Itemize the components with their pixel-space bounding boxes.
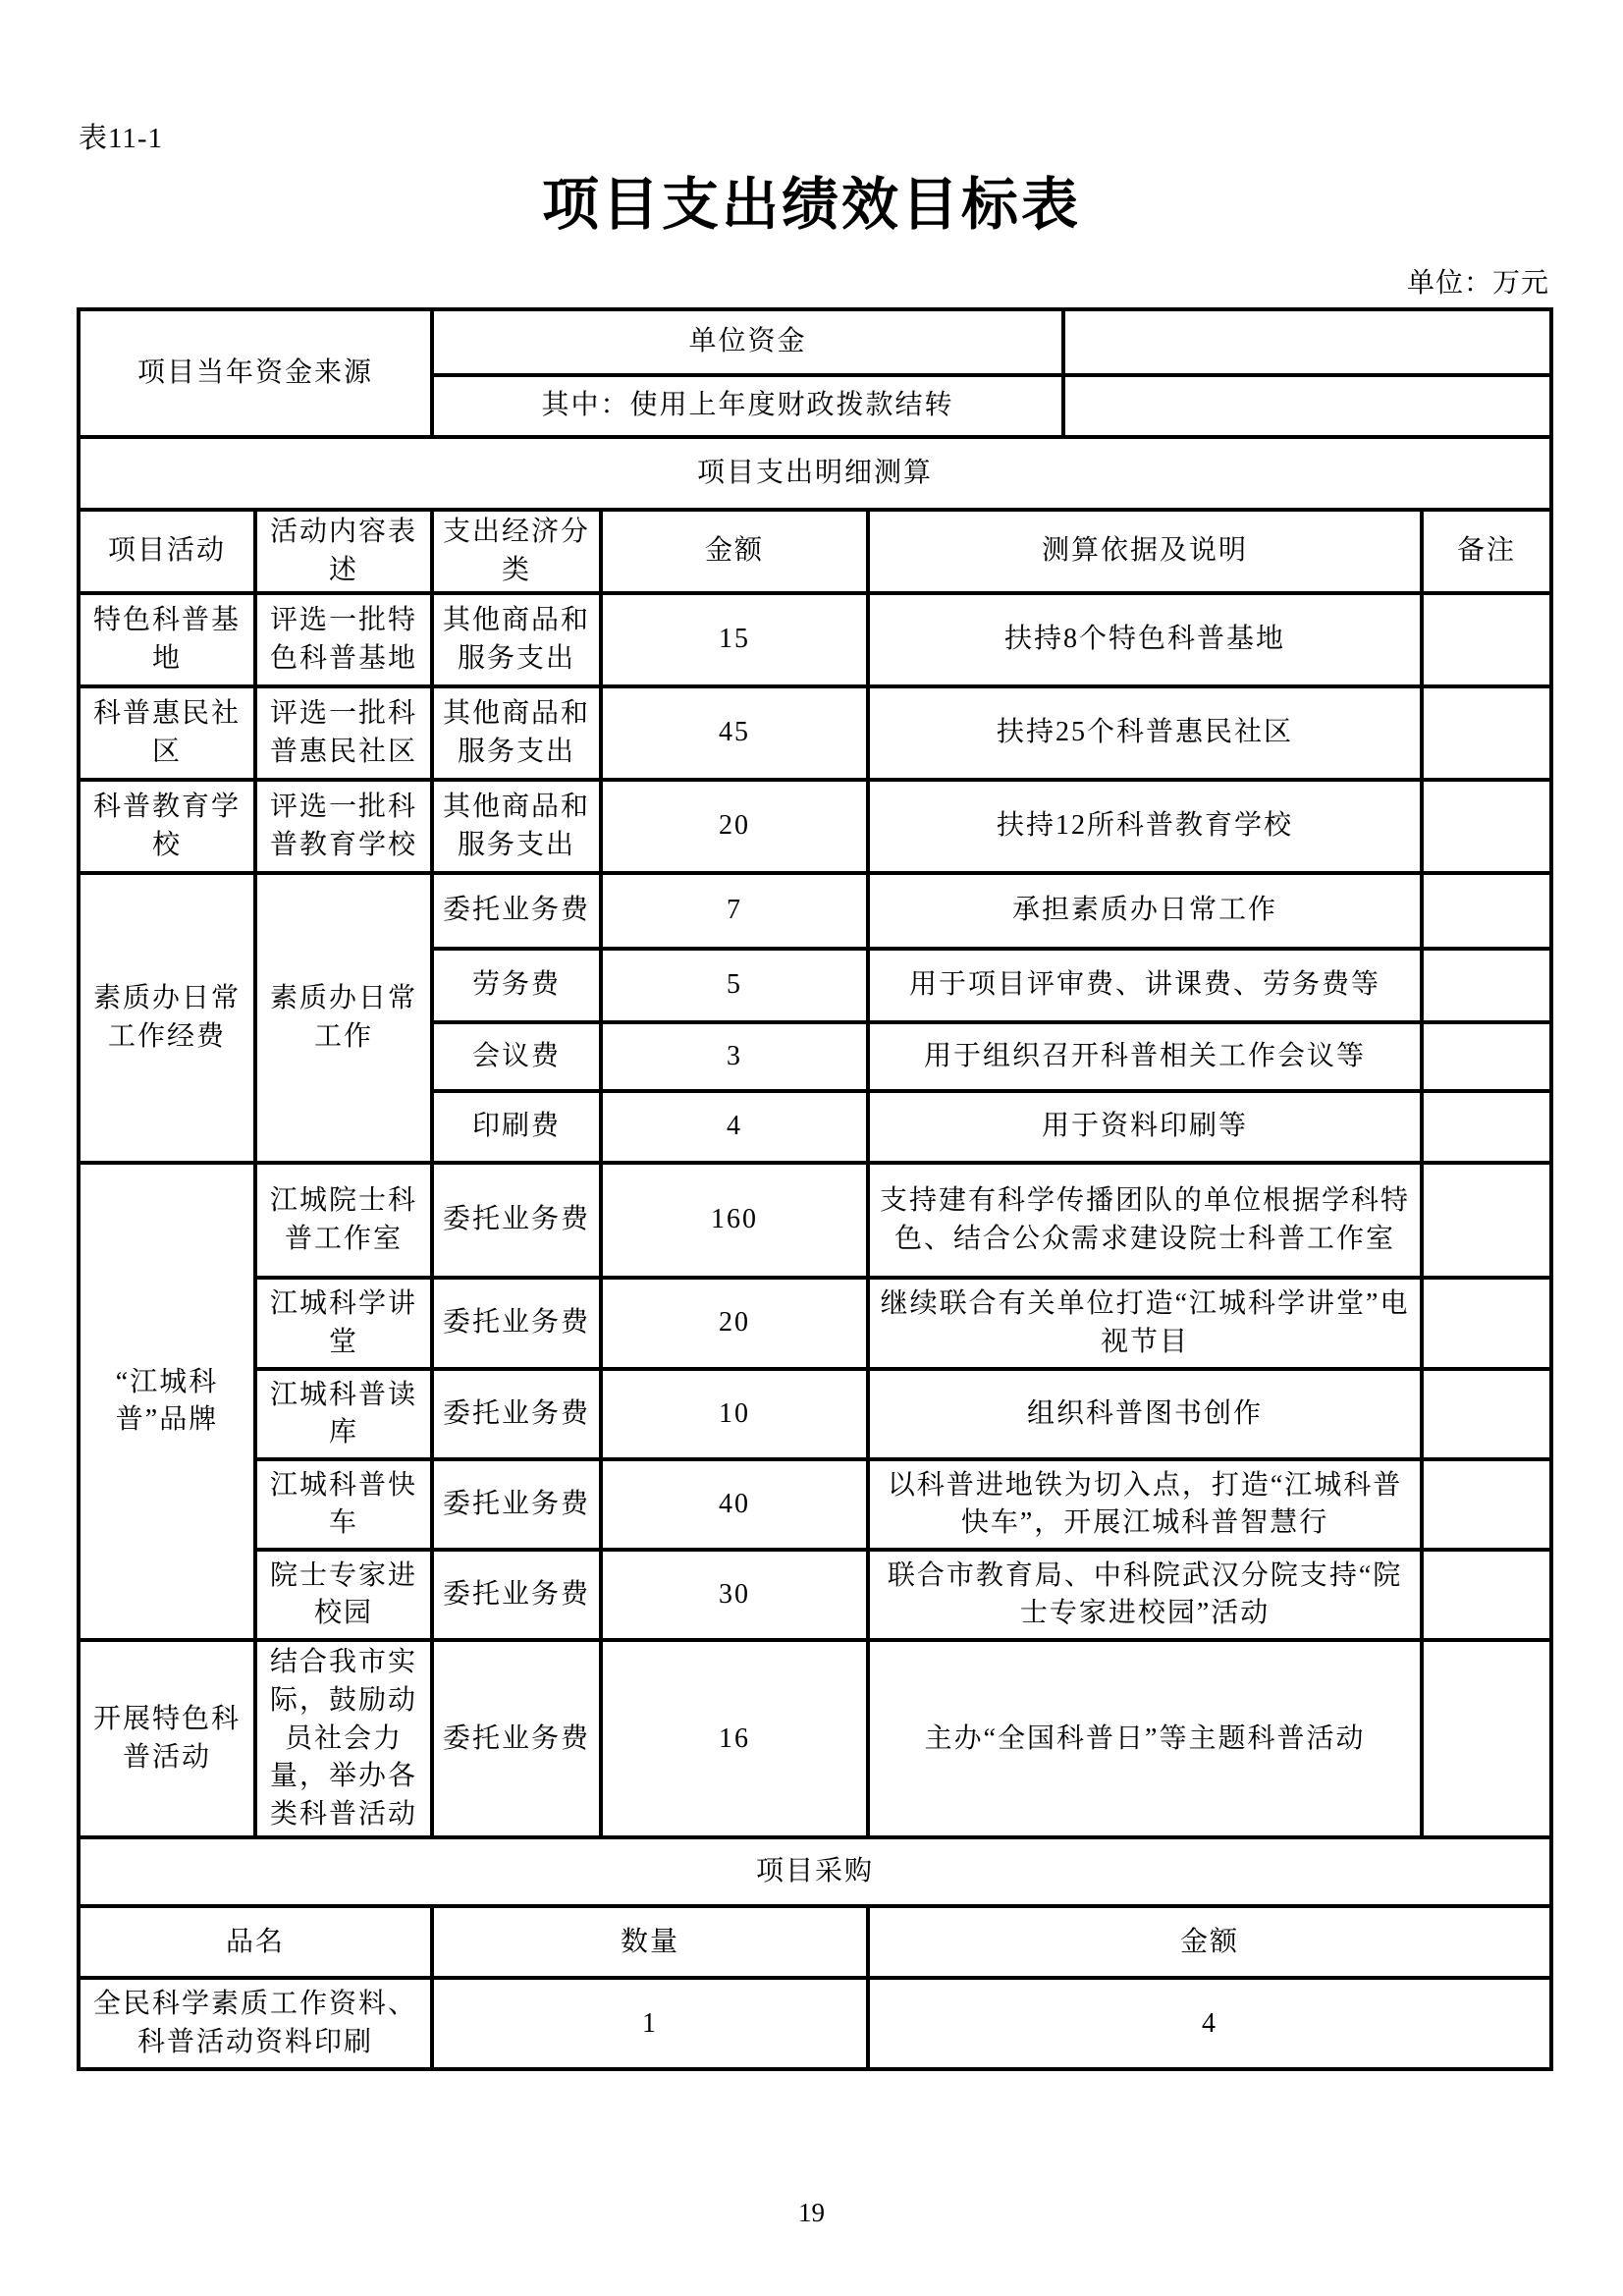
basis-cell: 扶持12所科普教育学校	[868, 780, 1422, 873]
note-cell	[1422, 1278, 1551, 1369]
page-title: 项目支出绩效目标表	[0, 173, 1623, 239]
econ-cell: 其他商品和服务支出	[432, 686, 601, 780]
fund-source-cell: 单位资金	[432, 309, 1063, 375]
purchase-header-item-cell: 品名	[79, 1906, 432, 1978]
table-row: “江城科普”品牌 江城院士科普工作室 委托业务费 160 支持建有科学传播团队的…	[79, 1163, 1551, 1278]
table-row: 开展特色科普活动 结合我市实际，鼓励动员社会力量，举办各类科普活动 委托业务费 …	[79, 1640, 1551, 1837]
econ-cell: 会议费	[432, 1022, 601, 1091]
header-amount-cell: 金额	[601, 510, 868, 593]
basis-cell: 用于项目评审费、讲课费、劳务费等	[868, 949, 1422, 1022]
amount-cell: 20	[601, 780, 868, 873]
desc-cell: 评选一批科普惠民社区	[255, 686, 432, 780]
note-cell	[1422, 1459, 1551, 1550]
basis-cell: 继续联合有关单位打造“江城科学讲堂”电视节目	[868, 1278, 1422, 1369]
header-basis-cell: 测算依据及说明	[868, 510, 1422, 593]
purchase-header-row: 品名 数量 金额	[79, 1906, 1551, 1978]
purchase-section-title-cell: 项目采购	[79, 1837, 1551, 1906]
basis-cell: 组织科普图书创作	[868, 1369, 1422, 1459]
document-page: 表11-1 项目支出绩效目标表 单位：万元 项目当年资金来源 单位资金 其中：使…	[0, 0, 1623, 2296]
note-cell	[1422, 949, 1551, 1022]
basis-cell: 承担素质办日常工作	[868, 873, 1422, 949]
purchase-header-quantity-cell: 数量	[432, 1906, 868, 1978]
basis-cell: 联合市教育局、中科院武汉分院支持“院士专家进校园”活动	[868, 1550, 1422, 1640]
header-note-cell: 备注	[1422, 510, 1551, 593]
fund-source-cell: 其中：使用上年度财政拨款结转	[432, 375, 1063, 437]
desc-cell: 江城院士科普工作室	[255, 1163, 432, 1278]
desc-cell: 院士专家进校园	[255, 1550, 432, 1640]
table-number-label: 表11-1	[79, 116, 163, 156]
activity-cell: 开展特色科普活动	[79, 1640, 255, 1837]
purchase-row: 全民科学素质工作资料、科普活动资料印刷 1 4	[79, 1978, 1551, 2069]
desc-cell: 评选一批科普教育学校	[255, 780, 432, 873]
purchase-item-cell: 全民科学素质工作资料、科普活动资料印刷	[79, 1978, 432, 2069]
basis-cell: 主办“全国科普日”等主题科普活动	[868, 1640, 1422, 1837]
amount-cell: 16	[601, 1640, 868, 1837]
basis-cell: 扶持8个特色科普基地	[868, 593, 1422, 686]
activity-cell: 科普教育学校	[79, 780, 255, 873]
activity-cell: 特色科普基地	[79, 593, 255, 686]
note-cell	[1422, 1640, 1551, 1837]
desc-cell: 结合我市实际，鼓励动员社会力量，举办各类科普活动	[255, 1640, 432, 1837]
header-econ-cell: 支出经济分类	[432, 510, 601, 593]
amount-cell: 10	[601, 1369, 868, 1459]
purchase-quantity-cell: 1	[432, 1978, 868, 2069]
basis-cell: 以科普进地铁为切入点，打造“江城科普快车”，开展江城科普智慧行	[868, 1459, 1422, 1550]
amount-cell: 3	[601, 1022, 868, 1091]
econ-cell: 委托业务费	[432, 1278, 601, 1369]
amount-cell: 4	[601, 1091, 868, 1163]
amount-cell: 5	[601, 949, 868, 1022]
fund-source-row: 项目当年资金来源 单位资金	[79, 309, 1551, 375]
econ-cell: 印刷费	[432, 1091, 601, 1163]
section-title-row: 项目支出明细测算	[79, 437, 1551, 510]
desc-cell: 评选一批特色科普基地	[255, 593, 432, 686]
amount-cell: 15	[601, 593, 868, 686]
amount-cell: 45	[601, 686, 868, 780]
econ-cell: 其他商品和服务支出	[432, 593, 601, 686]
table-row: 江城科普读库 委托业务费 10 组织科普图书创作	[79, 1369, 1551, 1459]
note-cell	[1422, 686, 1551, 780]
amount-cell: 7	[601, 873, 868, 949]
table-row: 江城科普快车 委托业务费 40 以科普进地铁为切入点，打造“江城科普快车”，开展…	[79, 1459, 1551, 1550]
detail-header-row: 项目活动 活动内容表述 支出经济分类 金额 测算依据及说明 备注	[79, 510, 1551, 593]
performance-target-table: 项目当年资金来源 单位资金 其中：使用上年度财政拨款结转 项目支出明细测算 项目…	[77, 307, 1553, 2071]
table-row: 特色科普基地 评选一批特色科普基地 其他商品和服务支出 15 扶持8个特色科普基…	[79, 593, 1551, 686]
desc-cell: 素质办日常工作	[255, 873, 432, 1163]
header-activity-cell: 项目活动	[79, 510, 255, 593]
desc-cell: 江城科普快车	[255, 1459, 432, 1550]
basis-cell: 支持建有科学传播团队的单位根据学科特色、结合公众需求建设院士科普工作室	[868, 1163, 1422, 1278]
table-row: 科普教育学校 评选一批科普教育学校 其他商品和服务支出 20 扶持12所科普教育…	[79, 780, 1551, 873]
fund-source-label-cell: 项目当年资金来源	[79, 309, 432, 437]
purchase-amount-cell: 4	[868, 1978, 1551, 2069]
amount-cell: 40	[601, 1459, 868, 1550]
note-cell	[1422, 780, 1551, 873]
section-title-row: 项目采购	[79, 1837, 1551, 1906]
amount-cell: 20	[601, 1278, 868, 1369]
econ-cell: 委托业务费	[432, 1459, 601, 1550]
activity-cell: 素质办日常工作经费	[79, 873, 255, 1163]
basis-cell: 用于组织召开科普相关工作会议等	[868, 1022, 1422, 1091]
note-cell	[1422, 1550, 1551, 1640]
amount-cell: 160	[601, 1163, 868, 1278]
basis-cell: 用于资料印刷等	[868, 1091, 1422, 1163]
desc-cell: 江城科普读库	[255, 1369, 432, 1459]
header-desc-cell: 活动内容表述	[255, 510, 432, 593]
activity-cell: “江城科普”品牌	[79, 1163, 255, 1640]
note-cell	[1422, 1369, 1551, 1459]
econ-cell: 委托业务费	[432, 1550, 601, 1640]
amount-cell: 30	[601, 1550, 868, 1640]
econ-cell: 劳务费	[432, 949, 601, 1022]
basis-cell: 扶持25个科普惠民社区	[868, 686, 1422, 780]
activity-cell: 科普惠民社区	[79, 686, 255, 780]
econ-cell: 其他商品和服务支出	[432, 780, 601, 873]
table-row: 科普惠民社区 评选一批科普惠民社区 其他商品和服务支出 45 扶持25个科普惠民…	[79, 686, 1551, 780]
fund-value-cell	[1063, 309, 1551, 375]
econ-cell: 委托业务费	[432, 873, 601, 949]
econ-cell: 委托业务费	[432, 1369, 601, 1459]
note-cell	[1422, 593, 1551, 686]
econ-cell: 委托业务费	[432, 1640, 601, 1837]
desc-cell: 江城科学讲堂	[255, 1278, 432, 1369]
table-row: 江城科学讲堂 委托业务费 20 继续联合有关单位打造“江城科学讲堂”电视节目	[79, 1278, 1551, 1369]
page-number: 19	[0, 2198, 1623, 2228]
table-row: 院士专家进校园 委托业务费 30 联合市教育局、中科院武汉分院支持“院士专家进校…	[79, 1550, 1551, 1640]
detail-section-title-cell: 项目支出明细测算	[79, 437, 1551, 510]
econ-cell: 委托业务费	[432, 1163, 601, 1278]
table-row: 素质办日常工作经费 素质办日常工作 委托业务费 7 承担素质办日常工作	[79, 873, 1551, 949]
note-cell	[1422, 1022, 1551, 1091]
note-cell	[1422, 1163, 1551, 1278]
note-cell	[1422, 1091, 1551, 1163]
purchase-header-amount-cell: 金额	[868, 1906, 1551, 1978]
note-cell	[1422, 873, 1551, 949]
unit-note: 单位：万元	[77, 261, 1549, 301]
fund-value-cell	[1063, 375, 1551, 437]
